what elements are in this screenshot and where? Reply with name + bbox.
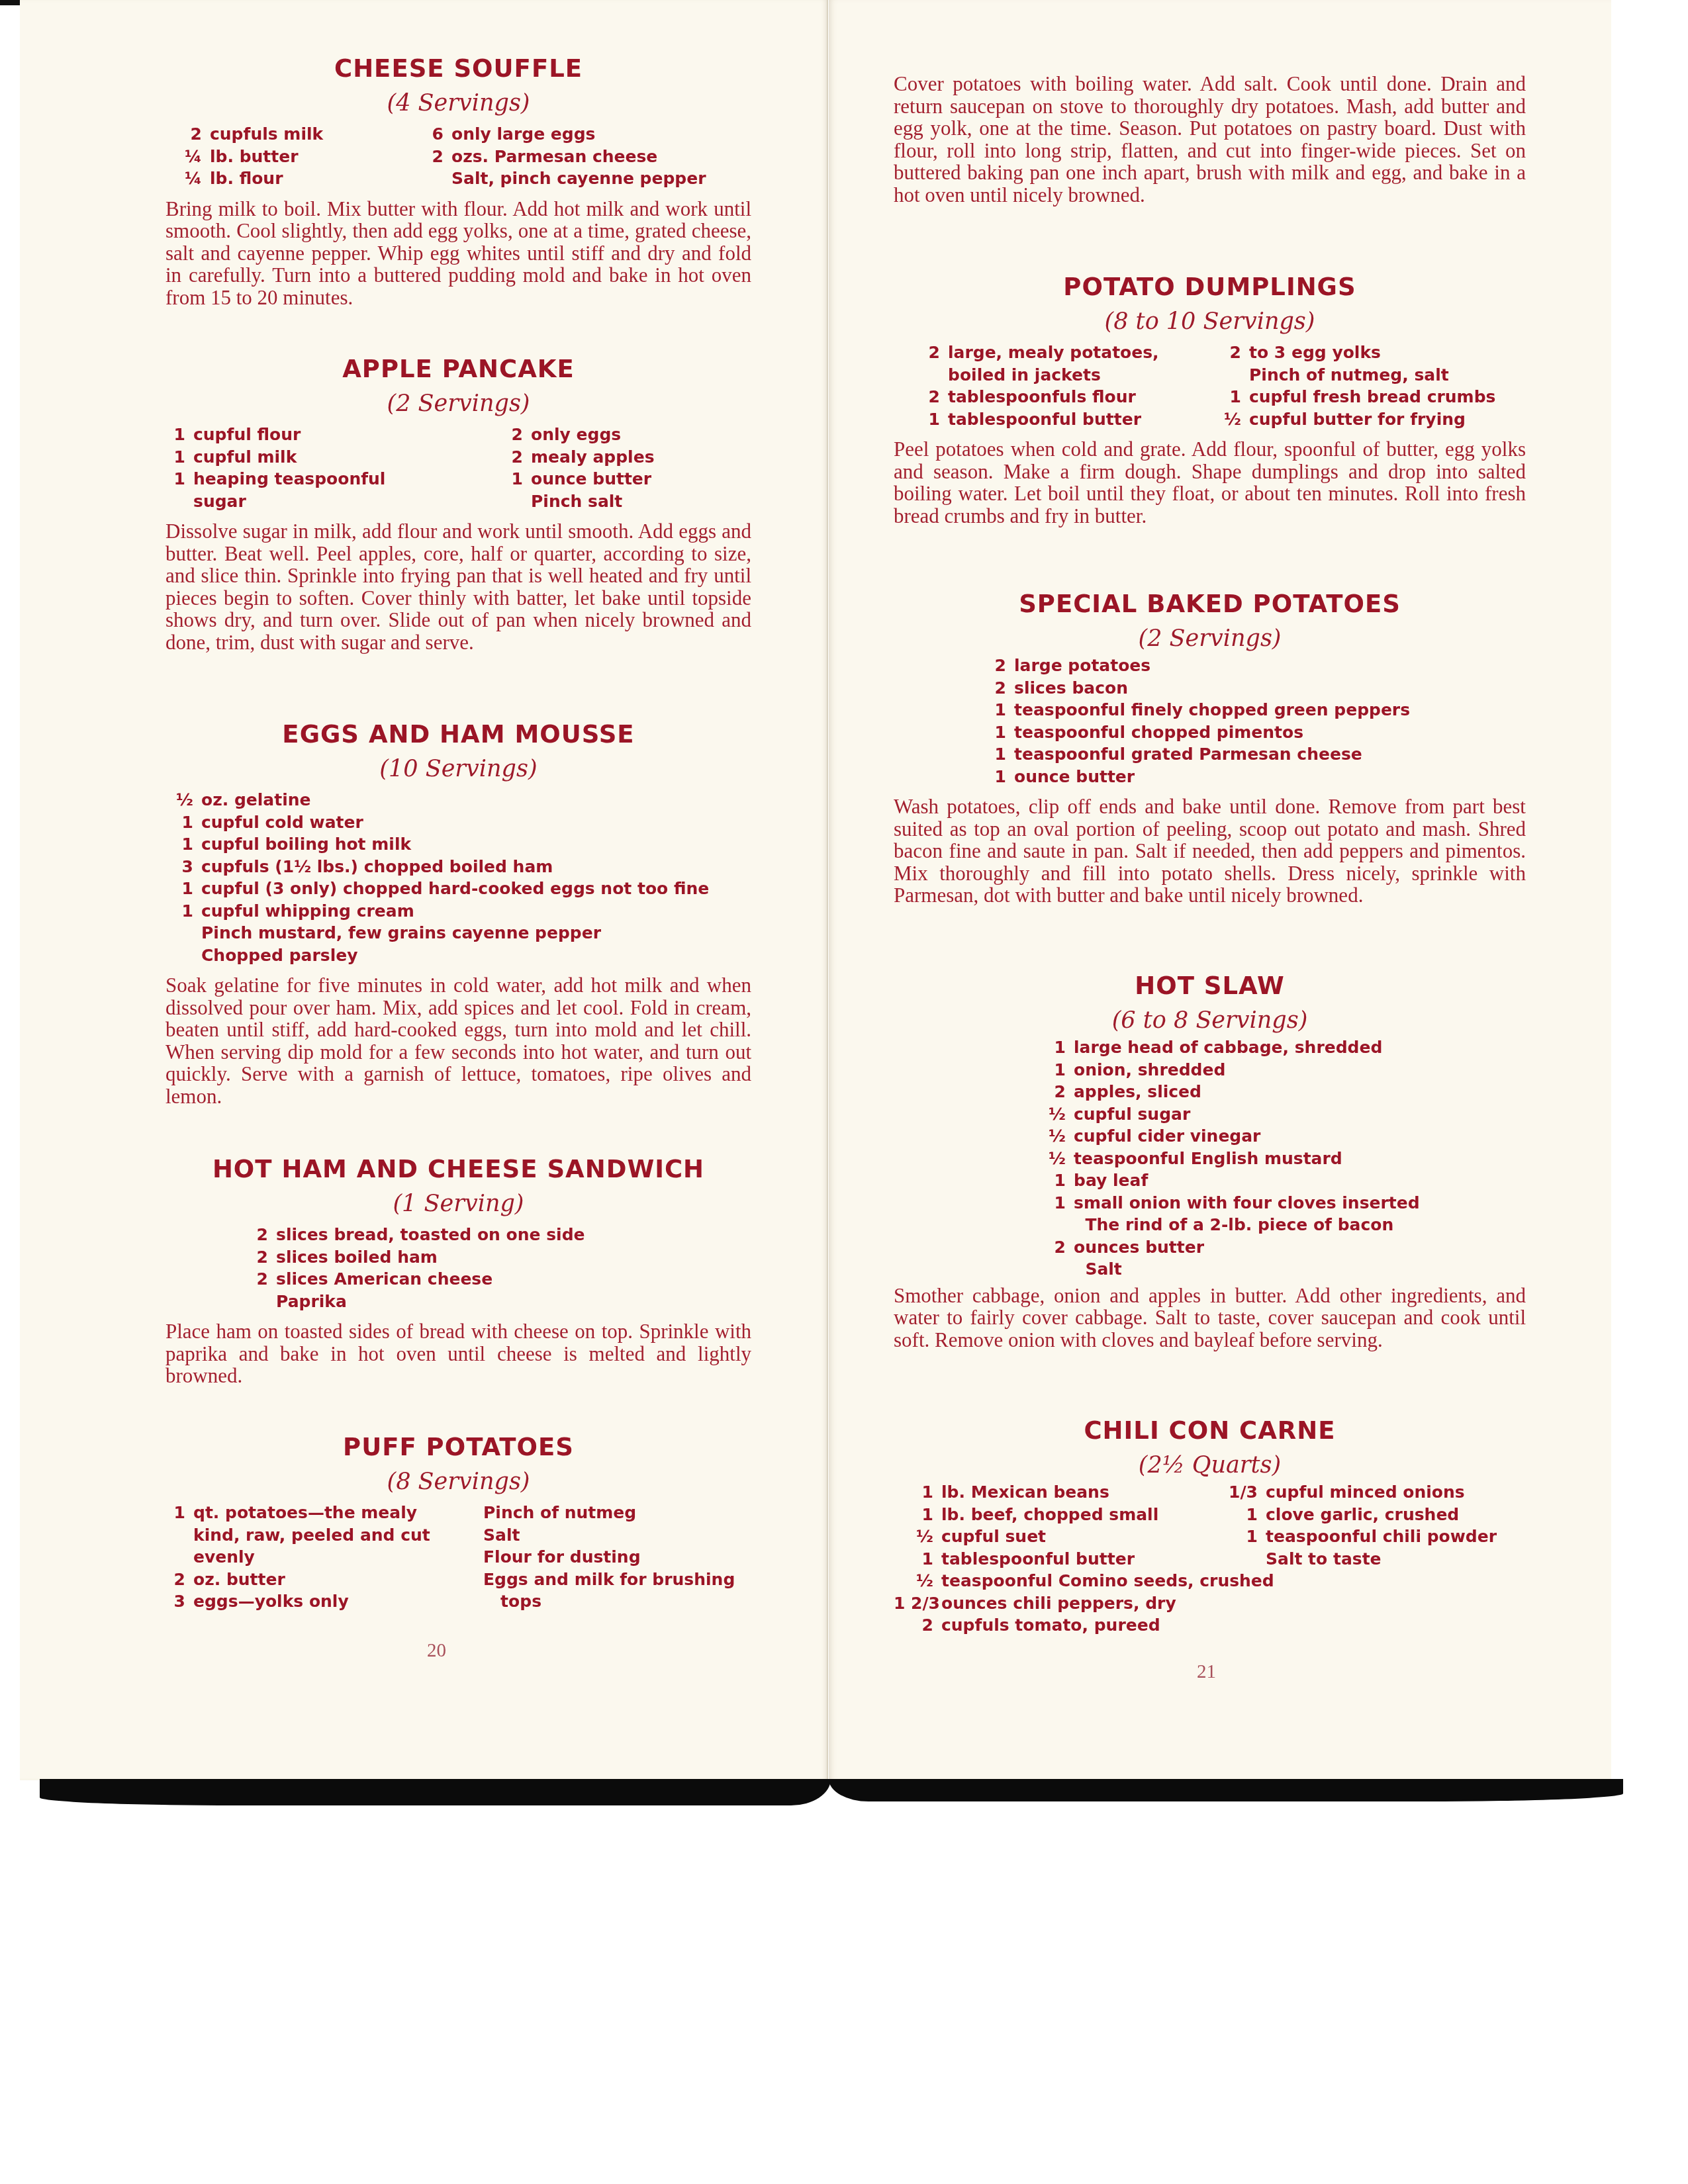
ingredient-item: 1tablespoonful butter [894,1548,1218,1570]
recipe-directions: Place ham on toasted sides of bread with… [165,1320,751,1387]
ingredient-text: cupful flour [193,424,301,446]
ingredient-item: Chopped parsley [165,944,751,967]
ingredient-list-extra: ½teaspoonful Comino seeds, crushed1 2/3o… [894,1570,1526,1637]
ingredient-quantity [165,1524,193,1547]
ingredient-quantity: 1 [1211,386,1249,408]
ingredient-item: ½cupful suet [894,1525,1218,1548]
ingredient-text: ozs. Parmesan cheese [451,146,657,168]
ingredient-item: The rind of a 2-lb. piece of bacon [1036,1214,1526,1236]
ingredient-text: tops [483,1590,541,1613]
ingredient-text: cupful fresh bread crumbs [1249,386,1495,408]
ingredient-text: large, mealy potatoes, [948,341,1159,364]
ingredient-quantity: 2 [894,1614,941,1637]
page-number: 21 [1197,1661,1216,1683]
ingredient-text: teaspoonful chopped pimentos [1014,721,1303,744]
ingredient-text: teaspoonful chili powder [1266,1525,1497,1548]
ingredient-item: ½cupful cider vinegar [1036,1125,1526,1148]
recipe-directions: Bring milk to boil. Mix butter with flou… [165,198,751,309]
recipe-puff-potatoes: PUFF POTATOES (8 Servings) 1qt. potatoes… [165,1433,751,1613]
ingredient-text: Salt [1074,1258,1122,1281]
ingredient-item: ½oz. gelatine [165,789,751,811]
ingredient-item: 1cupful boiling hot milk [165,833,751,856]
ingredient-text: Salt, pinch cayenne pepper [451,167,706,190]
ingredient-item: 2slices bacon [986,677,1526,700]
ingredient-item: 1ounce butter [986,766,1526,788]
ingredient-list: 1lb. Mexican beans1lb. beef, chopped sma… [894,1481,1526,1570]
ingredient-text: tablespoonful butter [941,1548,1135,1570]
recipe-servings: (1 Serving) [165,1188,751,1220]
ingredient-quantity: 2 [248,1224,276,1246]
ingredient-list: 2cupfuls milk¼lb. butter¼lb. flour 6only… [165,123,751,190]
ingredient-item: ½cupful sugar [1036,1103,1526,1126]
ingredient-item: 2large, mealy potatoes, [920,341,1211,364]
ingredient-text: lb. Mexican beans [941,1481,1109,1504]
ingredient-text: small onion with four cloves inserted [1074,1192,1420,1214]
ingredient-item: Eggs and milk for brushing [483,1569,748,1591]
ingredient-text: slices bacon [1014,677,1128,700]
ingredient-text: cupful minced onions [1266,1481,1465,1504]
ingredient-quantity: 1 [986,766,1014,788]
ingredient-item: kind, raw, peeled and cut [165,1524,483,1547]
ingredient-item: 1cupful (3 only) chopped hard-cooked egg… [165,878,751,900]
ingredient-quantity: 1 [165,468,193,490]
recipe-title: EGGS AND HAM MOUSSE [165,720,751,749]
ingredient-item: 1ounce butter [503,468,748,490]
ingredient-text: Pinch salt [531,490,622,513]
ingredient-item: 2only eggs [503,424,748,446]
ingredient-list: 1qt. potatoes—the mealykind, raw, peeled… [165,1502,751,1613]
recipe-title: CHEESE SOUFFLE [165,54,751,83]
ingredient-quantity: ½ [1036,1103,1074,1126]
ingredient-quantity [1211,364,1249,387]
ingredient-text: Pinch of nutmeg [483,1502,636,1524]
ingredient-text: Chopped parsley [201,944,357,967]
recipe-title: HOT SLAW [894,972,1526,1001]
ingredient-item: 2mealy apples [503,446,748,469]
ingredient-item: 1teaspoonful chopped pimentos [986,721,1526,744]
ingredient-text: lb. flour [210,167,283,190]
page-number: 20 [427,1640,446,1662]
ingredient-quantity [424,167,451,190]
ingredient-quantity: ½ [894,1525,941,1548]
ingredient-quantity: 2 [1036,1081,1074,1103]
ingredient-text: The rind of a 2-lb. piece of bacon [1074,1214,1393,1236]
ingredient-item: 3cupfuls (1½ lbs.) chopped boiled ham [165,856,751,878]
recipe-servings: (6 to 8 Servings) [894,1005,1526,1036]
recipe-eggs-and-ham-mousse: EGGS AND HAM MOUSSE (10 Servings) ½oz. g… [165,720,751,1128]
ingredient-item: ½cupful butter for frying [1211,408,1523,431]
ingredient-quantity: 1 [165,833,201,856]
recipe-directions: Dissolve sugar in milk, add flour and wo… [165,520,751,653]
ingredient-list: 2slices bread, toasted on one side2slice… [165,1224,751,1312]
ingredient-text: apples, sliced [1074,1081,1201,1103]
ingredient-text: cupfuls milk [210,123,323,146]
ingredient-quantity: 2 [503,424,531,446]
ingredient-quantity: 1 [165,1502,193,1524]
ingredient-quantity: 1 2/3 [894,1592,941,1615]
ingredient-quantity: 1 [1218,1525,1266,1548]
ingredient-text: slices boiled ham [276,1246,438,1269]
ingredient-item: 1cupful flour [165,424,503,446]
binding-shadow-left [40,1779,831,1805]
book-spine [827,0,828,1780]
ingredient-quantity: 1 [165,811,201,834]
ingredient-item: tops [483,1590,748,1613]
ingredient-item: 1heaping teaspoonful [165,468,503,490]
ingredient-item: 1large head of cabbage, shredded [1036,1036,1526,1059]
ingredient-quantity [503,490,531,513]
recipe-title: SPECIAL BAKED POTATOES [894,590,1526,619]
ingredient-quantity: 1 [165,446,193,469]
ingredient-item: 1bay leaf [1036,1169,1526,1192]
recipe-servings: (4 Servings) [165,87,751,119]
ingredient-text: Pinch of nutmeg, salt [1249,364,1449,387]
ingredient-item: 2ounces butter [1036,1236,1526,1259]
ingredient-text: Pinch mustard, few grains cayenne pepper [201,922,601,944]
ingredient-quantity: 6 [424,123,451,146]
ingredient-text: ounces chili peppers, dry [941,1592,1176,1615]
ingredient-list: 1large head of cabbage, shredded1onion, … [894,1036,1526,1281]
ingredient-text: ounces butter [1074,1236,1204,1259]
ingredient-quantity: 1 [1036,1169,1074,1192]
ingredient-text: qt. potatoes—the mealy [193,1502,417,1524]
ingredient-quantity [1218,1548,1266,1570]
ingredient-item: Pinch salt [503,490,748,513]
ingredient-text: cupful sugar [1074,1103,1190,1126]
ingredient-item: boiled in jackets [920,364,1211,387]
recipe-title: HOT HAM AND CHEESE SANDWICH [165,1155,751,1184]
ingredient-text: teaspoonful English mustard [1074,1148,1342,1170]
ingredient-quantity: 3 [165,1590,193,1613]
ingredient-text: teaspoonful Comino seeds, crushed [941,1570,1274,1592]
ingredient-quantity: 2 [424,146,451,168]
ingredient-item: Pinch of nutmeg, salt [1211,364,1523,387]
ingredient-item: 2slices American cheese [248,1268,751,1291]
ingredient-text: to 3 egg yolks [1249,341,1381,364]
ingredient-text: Flour for dusting [483,1546,641,1569]
recipe-hot-slaw: HOT SLAW (6 to 8 Servings) 1large head o… [894,972,1526,1371]
ingredient-item: ½teaspoonful Comino seeds, crushed [894,1570,1526,1592]
ingredient-quantity: 2 [248,1246,276,1269]
ingredient-text: only eggs [531,424,621,446]
ingredient-quantity: 1 [1036,1059,1074,1081]
ingredient-quantity: 1 [503,468,531,490]
ingredient-item: 2apples, sliced [1036,1081,1526,1103]
ingredient-text: mealy apples [531,446,655,469]
recipe-title: PUFF POTATOES [165,1433,751,1462]
ingredient-item: 1cupful milk [165,446,503,469]
ingredient-item: 1qt. potatoes—the mealy [165,1502,483,1524]
ingredient-text: Paprika [276,1291,347,1313]
scan-edge [0,0,20,5]
ingredient-text: cupful (3 only) chopped hard-cooked eggs… [201,878,709,900]
ingredient-item: Paprika [248,1291,751,1313]
ingredient-quantity: 1/3 [1218,1481,1266,1504]
ingredient-quantity: 2 [1211,341,1249,364]
ingredient-quantity: 1 [165,900,201,923]
recipe-chili-con-carne: CHILI CON CARNE (2½ Quarts) 1lb. Mexican… [894,1416,1526,1637]
ingredient-text: cupful boiling hot milk [201,833,411,856]
ingredient-item: 2slices boiled ham [248,1246,751,1269]
ingredient-quantity: 1 [894,1548,941,1570]
ingredient-quantity: 2 [165,1569,193,1591]
ingredient-item: 2ozs. Parmesan cheese [424,146,741,168]
ingredient-item: 2cupfuls milk [165,123,424,146]
ingredient-item: 2slices bread, toasted on one side [248,1224,751,1246]
ingredient-text: ounce butter [1014,766,1135,788]
ingredient-item: Pinch of nutmeg [483,1502,748,1524]
recipe-directions: Peel potatoes when cold and grate. Add f… [894,438,1526,527]
ingredient-quantity [920,364,948,387]
ingredient-item: 6only large eggs [424,123,741,146]
recipe-special-baked-potatoes: SPECIAL BAKED POTATOES (2 Servings) 2lar… [894,590,1526,927]
recipe-servings: (8 to 10 Servings) [894,306,1526,338]
recipe-hot-ham-and-cheese-sandwich: HOT HAM AND CHEESE SANDWICH (1 Serving) … [165,1155,751,1408]
recipe-directions: Wash potatoes, clip off ends and bake un… [894,796,1526,907]
recipe-servings: (2 Servings) [894,623,1526,655]
ingredient-item: 1lb. beef, chopped small [894,1504,1218,1526]
ingredient-text: evenly [193,1546,255,1569]
ingredient-item: 1teaspoonful grated Parmesan cheese [986,743,1526,766]
ingredient-text: Salt to taste [1266,1548,1382,1570]
ingredient-item: 1small onion with four cloves inserted [1036,1192,1526,1214]
ingredient-item: 1teaspoonful finely chopped green pepper… [986,699,1526,721]
ingredient-item: Flour for dusting [483,1546,748,1569]
ingredient-text: Eggs and milk for brushing [483,1569,735,1591]
ingredient-text: slices bread, toasted on one side [276,1224,585,1246]
ingredient-item: 1teaspoonful chili powder [1218,1525,1523,1548]
ingredient-text: heaping teaspoonful [193,468,385,490]
ingredient-item: Pinch mustard, few grains cayenne pepper [165,922,751,944]
ingredient-quantity: ¼ [165,146,210,168]
binding-shadow-right [829,1779,1623,1801]
ingredient-item: 2tablespoonfuls flour [920,386,1211,408]
ingredient-list: 2large, mealy potatoes,boiled in jackets… [894,341,1526,430]
ingredient-item: evenly [165,1546,483,1569]
ingredient-item: 2large potatoes [986,655,1526,677]
ingredient-item: 1cupful cold water [165,811,751,834]
ingredient-text: large potatoes [1014,655,1150,677]
ingredient-text: kind, raw, peeled and cut [193,1524,430,1547]
ingredient-item: 1clove garlic, crushed [1218,1504,1523,1526]
ingredient-item: 1/3cupful minced onions [1218,1481,1523,1504]
ingredient-text: sugar [193,490,246,513]
ingredient-text: only large eggs [451,123,596,146]
ingredient-quantity [165,490,193,513]
ingredient-text: Salt [483,1524,520,1547]
ingredient-quantity: 2 [920,386,948,408]
recipe-cheese-souffle: CHEESE SOUFFLE (4 Servings) 2cupfuls mil… [165,54,751,329]
ingredient-quantity: 2 [503,446,531,469]
ingredient-item: 2cupfuls tomato, pureed [894,1614,1526,1637]
ingredient-text: boiled in jackets [948,364,1101,387]
recipe-servings: (10 Servings) [165,753,751,785]
ingredient-text: eggs—yolks only [193,1590,349,1613]
ingredient-quantity: 2 [1036,1236,1074,1259]
ingredient-item: Salt to taste [1218,1548,1523,1570]
ingredient-text: ounce butter [531,468,651,490]
ingredient-text: onion, shredded [1074,1059,1225,1081]
ingredient-item: 3eggs—yolks only [165,1590,483,1613]
recipe-title: CHILI CON CARNE [894,1416,1526,1445]
ingredient-quantity: ½ [1036,1125,1074,1148]
ingredient-quantity: 1 [165,424,193,446]
ingredient-quantity [165,922,201,944]
ingredient-quantity: ¼ [165,167,210,190]
ingredient-item: 2to 3 egg yolks [1211,341,1523,364]
recipe-directions: Smother cabbage, onion and apples in but… [894,1285,1526,1351]
ingredient-quantity: ½ [165,789,201,811]
ingredient-item: sugar [165,490,503,513]
ingredient-quantity: 2 [248,1268,276,1291]
ingredient-text: cupful milk [193,446,297,469]
ingredient-item: ¼lb. butter [165,146,424,168]
recipe-servings: (8 Servings) [165,1466,751,1498]
ingredient-text: lb. butter [210,146,299,168]
ingredient-item: 1tablespoonful butter [920,408,1211,431]
recipe-servings: (2 Servings) [165,388,751,420]
ingredient-text: teaspoonful grated Parmesan cheese [1014,743,1362,766]
recipe-directions: Cover potatoes with boiling water. Add s… [894,73,1526,206]
ingredient-item: ¼lb. flour [165,167,424,190]
ingredient-text: tablespoonfuls flour [948,386,1136,408]
recipe-apple-pancake: APPLE PANCAKE (2 Servings) 1cupful flour… [165,355,751,674]
ingredient-quantity: 1 [986,743,1014,766]
ingredient-list: 1cupful flour1cupful milk1heaping teaspo… [165,424,751,512]
ingredient-text: cupful suet [941,1525,1046,1548]
ingredient-list: ½oz. gelatine1cupful cold water1cupful b… [165,789,751,966]
ingredient-quantity: 2 [986,677,1014,700]
ingredient-quantity [165,944,201,967]
ingredient-list: 2large potatoes2slices bacon1teaspoonful… [894,655,1526,788]
ingredient-text: cupfuls (1½ lbs.) chopped boiled ham [201,856,553,878]
ingredient-quantity: 2 [165,123,210,146]
ingredient-quantity [165,1546,193,1569]
ingredient-item: ½teaspoonful English mustard [1036,1148,1526,1170]
ingredient-item: 1lb. Mexican beans [894,1481,1218,1504]
ingredient-quantity: 1 [1036,1192,1074,1214]
ingredient-quantity: 2 [986,655,1014,677]
recipe-directions: Soak gelatine for five minutes in cold w… [165,974,751,1107]
ingredient-item: 2oz. butter [165,1569,483,1591]
ingredient-item: Salt, pinch cayenne pepper [424,167,741,190]
ingredient-quantity: 2 [920,341,948,364]
ingredient-quantity: ½ [1211,408,1249,431]
ingredient-item: 1cupful whipping cream [165,900,751,923]
ingredient-quantity [248,1291,276,1313]
ingredient-item: 1onion, shredded [1036,1059,1526,1081]
ingredient-quantity: 1 [894,1504,941,1526]
ingredient-quantity: 1 [986,699,1014,721]
ingredient-quantity: 1 [986,721,1014,744]
ingredient-item: 1 2/3ounces chili peppers, dry [894,1592,1526,1615]
ingredient-quantity: 1 [894,1481,941,1504]
ingredient-text: slices American cheese [276,1268,492,1291]
ingredient-quantity: 1 [920,408,948,431]
ingredient-quantity: 1 [1218,1504,1266,1526]
ingredient-text: oz. butter [193,1569,285,1591]
recipe-servings: (2½ Quarts) [894,1449,1526,1481]
ingredient-text: cupful whipping cream [201,900,414,923]
recipe-title: POTATO DUMPLINGS [894,273,1526,302]
ingredient-text: oz. gelatine [201,789,311,811]
ingredient-text: clove garlic, crushed [1266,1504,1459,1526]
ingredient-text: cupfuls tomato, pureed [941,1614,1160,1637]
ingredient-quantity: ½ [894,1570,941,1592]
ingredient-quantity: 1 [165,878,201,900]
ingredient-quantity [1036,1214,1074,1236]
ingredient-text: cupful cider vinegar [1074,1125,1260,1148]
ingredient-quantity: 3 [165,856,201,878]
ingredient-text: lb. beef, chopped small [941,1504,1158,1526]
ingredient-item: Salt [1036,1258,1526,1281]
ingredient-text: cupful cold water [201,811,363,834]
ingredient-text: bay leaf [1074,1169,1148,1192]
recipe-potato-dumplings: POTATO DUMPLINGS (8 to 10 Servings) 2lar… [894,273,1526,547]
ingredient-quantity: 1 [1036,1036,1074,1059]
ingredient-quantity [1036,1258,1074,1281]
ingredient-text: cupful butter for frying [1249,408,1466,431]
ingredient-item: Salt [483,1524,748,1547]
ingredient-text: large head of cabbage, shredded [1074,1036,1382,1059]
ingredient-text: teaspoonful finely chopped green peppers [1014,699,1410,721]
ingredient-text: tablespoonful butter [948,408,1141,431]
recipe-title: APPLE PANCAKE [165,355,751,384]
ingredient-quantity: ½ [1036,1148,1074,1170]
ingredient-item: 1cupful fresh bread crumbs [1211,386,1523,408]
continued-directions: Cover potatoes with boiling water. Add s… [894,73,1526,226]
